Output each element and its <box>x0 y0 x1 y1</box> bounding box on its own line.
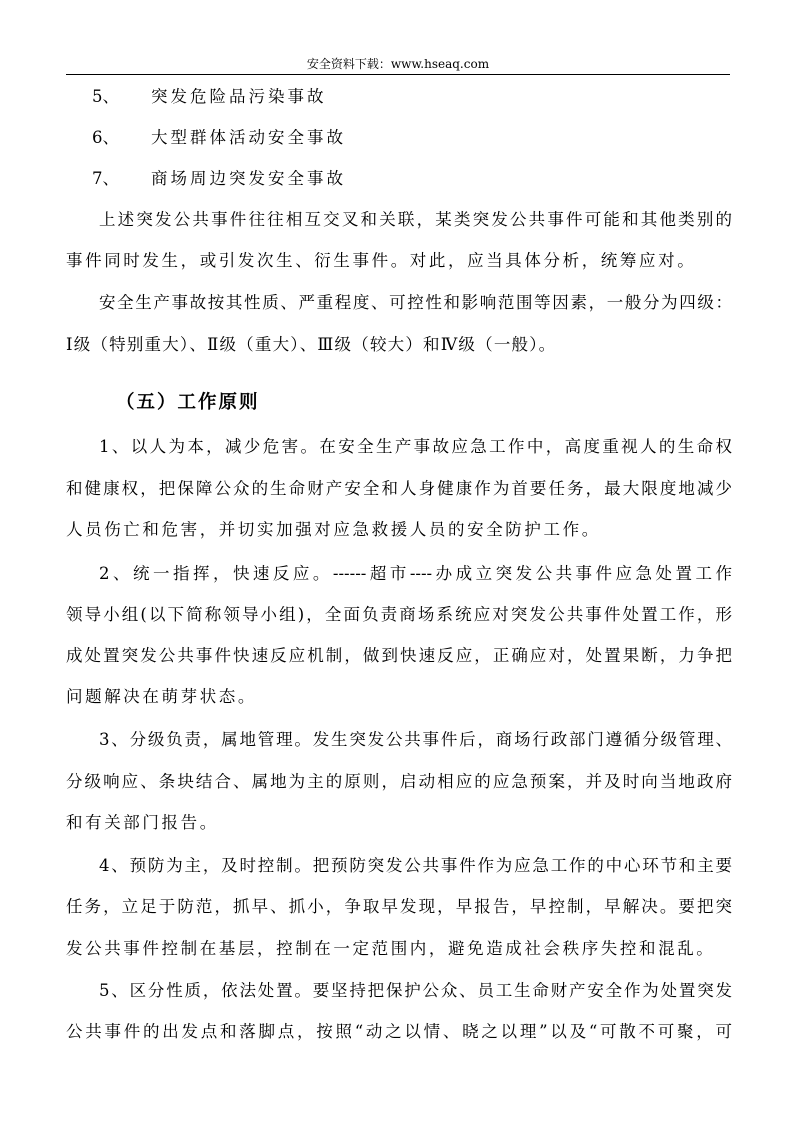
paragraph-line: 问题解决在萌芽状态。 <box>66 685 732 709</box>
paragraph-line: 上述突发公共事件往往相互交叉和关联，某类突发公共事件可能和其他类别的 <box>99 208 732 232</box>
paragraph-line: 公共事件的出发点和落脚点，按照“动之以情、晓之以理”以及“可散不可聚，可 <box>66 1020 732 1044</box>
paragraph-line: 1、以人为本，减少危害。在安全生产事故应急工作中，高度重视人的生命权 <box>99 435 732 459</box>
list-item-text: 大型群体活动安全事故 <box>151 126 346 150</box>
paragraph-line: 5、区分性质，依法处置。要坚持把保护公众、员工生命财产安全作为处置突发 <box>99 979 732 1003</box>
paragraph-line: 2、统一指挥，快速反应。------超市----办成立突发公共事件应急处置工作 <box>99 562 732 586</box>
paragraph-line: 安全生产事故按其性质、严重程度、可控性和影响范围等因素，一般分为四级： <box>99 291 732 315</box>
paragraph-line: 和健康权，把保障公众的生命财产安全和人身健康作为首要任务，最大限度地减少 <box>66 477 732 501</box>
list-item-text: 商场周边突发安全事故 <box>151 167 346 191</box>
paragraph-line: 3、分级负责，属地管理。发生突发公共事件后，商场行政部门遵循分级管理、 <box>99 728 732 752</box>
paragraph-line: 成处置突发公共事件快速反应机制，做到快速反应，正确应对，处置果断，力争把 <box>66 644 732 668</box>
section-heading: （五）工作原则 <box>116 389 260 417</box>
paragraph-line: 领导小组(以下简称领导小组)，全面负责商场系统应对突发公共事件处置工作，形 <box>66 603 732 627</box>
paragraph-line: 分级响应、条块结合、属地为主的原则，启动相应的应急预案，并及时向当地政府 <box>66 770 732 794</box>
page-header-text: 安全资料下载：www.hseaq.com <box>66 55 730 74</box>
header-divider <box>66 74 730 75</box>
list-item-number: 5、 <box>92 85 119 109</box>
paragraph-line: 事件同时发生，或引发次生、衍生事件。对此，应当具体分析，统筹应对。 <box>66 249 732 273</box>
paragraph-line: 人员伤亡和危害，并切实加强对应急救援人员的安全防护工作。 <box>66 518 732 542</box>
list-item-number: 6、 <box>92 126 119 150</box>
paragraph-line: 发公共事件控制在基层，控制在一定范围内，避免造成社会秩序失控和混乱。 <box>66 937 732 961</box>
list-item-text: 突发危险品污染事故 <box>151 85 327 109</box>
list-item-number: 7、 <box>92 167 119 191</box>
paragraph-line: 和有关部门报告。 <box>66 811 732 835</box>
paragraph-line: 4、预防为主，及时控制。把预防突发公共事件作为应急工作的中心环节和主要 <box>99 854 732 878</box>
paragraph-line: Ⅰ级（特别重大）、Ⅱ级（重大）、Ⅲ级（较大）和Ⅳ级（一般）。 <box>66 333 732 357</box>
paragraph-line: 任务，立足于防范，抓早、抓小，争取早发现，早报告，早控制，早解决。要把突 <box>66 895 732 919</box>
